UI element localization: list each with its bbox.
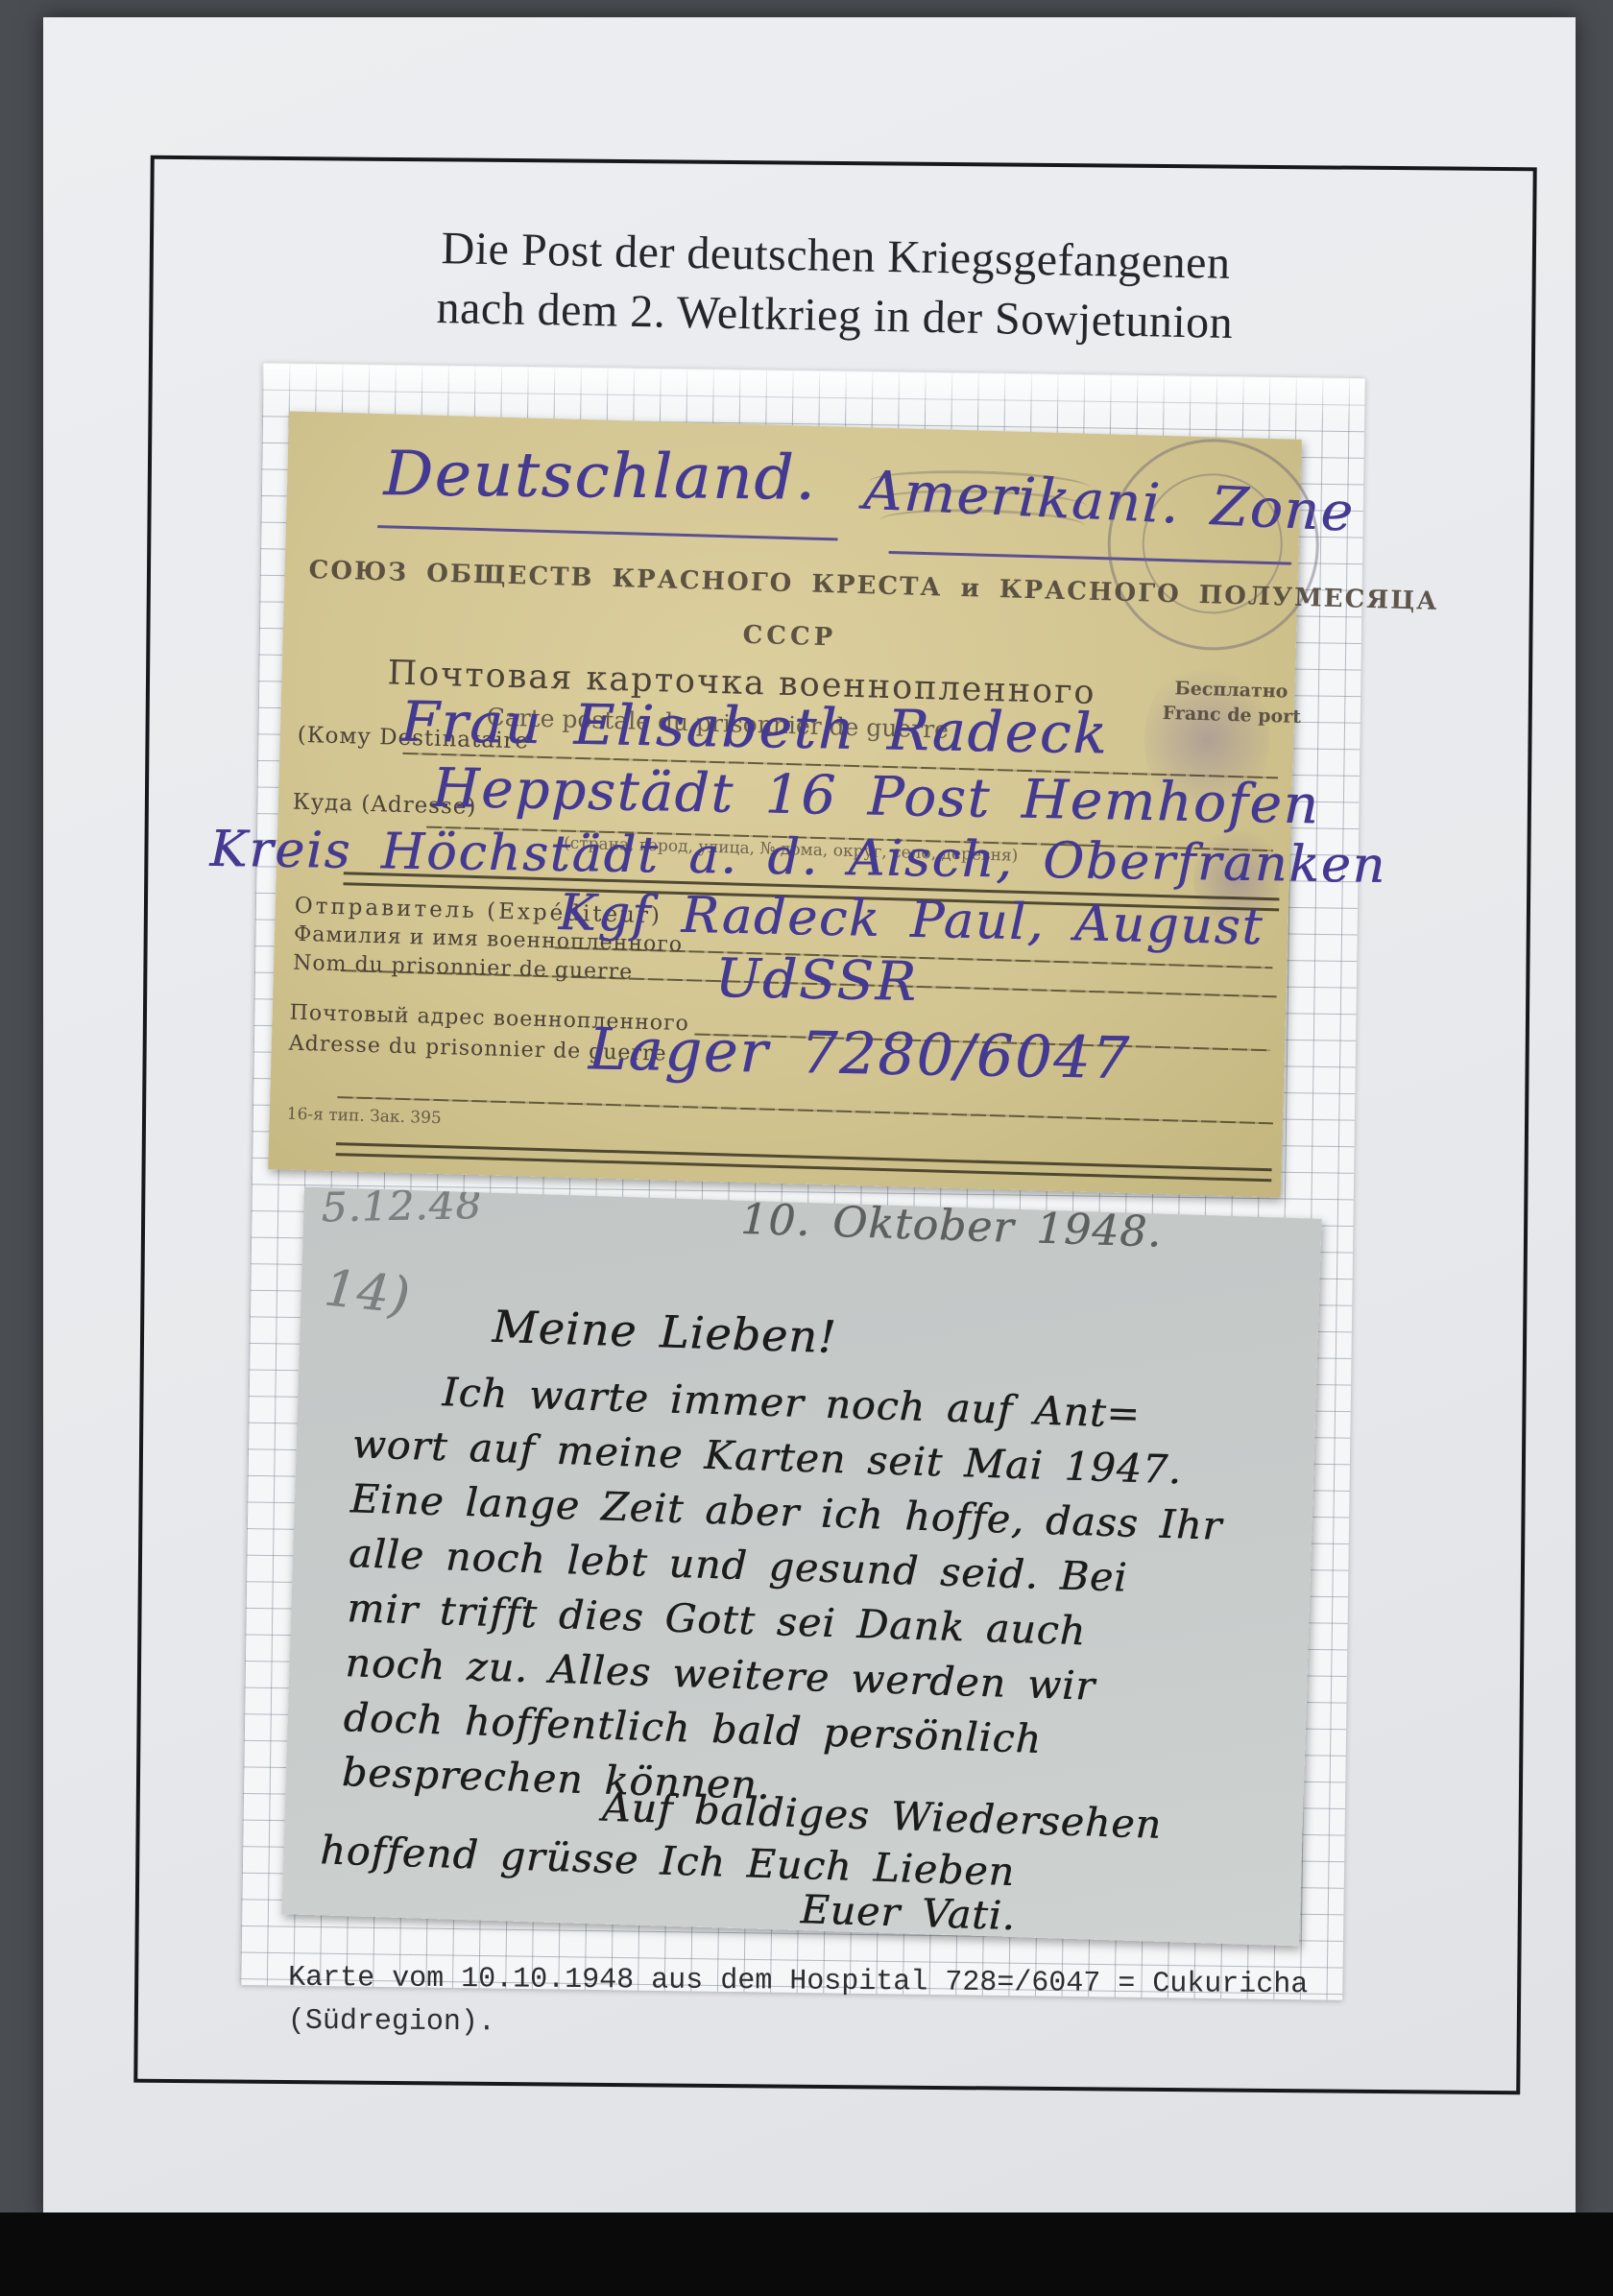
pow-postcard: Deutschland. Amerikani. Zone СОЮЗ ОБЩЕСТ… <box>268 411 1302 1197</box>
caption-line2: (Südregion). <box>288 2000 1440 2051</box>
caption: Karte vom 10.10.1948 aus dem Hospital 72… <box>288 1957 1441 2051</box>
country-underline <box>377 525 838 540</box>
ruled-line <box>337 1096 1273 1124</box>
free-of-charge-fr: Franc de port <box>1163 703 1302 728</box>
page-title: Die Post der deutschen Kriegsgefangenen … <box>234 215 1436 357</box>
message-card: 5.12.48 10. Oktober 1948. 14) Meine Lieb… <box>281 1187 1321 1947</box>
handwritten-udssr: UdSSR <box>714 947 918 1014</box>
message-signature: Euer Vati. <box>800 1886 1017 1939</box>
album-page: Die Post der deutschen Kriegsgefangenen … <box>43 17 1576 2217</box>
pencil-number: 14) <box>322 1259 413 1326</box>
handwritten-camp-number: Lager 7280/6047 <box>588 1016 1131 1092</box>
scanner-edge <box>0 2212 1613 2296</box>
sender-label-fr: Nom du prisonnier de guerre <box>293 951 634 985</box>
salutation: Meine Lieben! <box>492 1301 837 1363</box>
free-of-charge-ru: Бесплатно <box>1174 678 1288 702</box>
handwritten-country: Deutschland. <box>383 439 817 514</box>
pencil-receipt-date: 5.12.48 <box>321 1187 482 1232</box>
printers-imprint: 16-я тип. Зак. 395 <box>287 1105 442 1128</box>
